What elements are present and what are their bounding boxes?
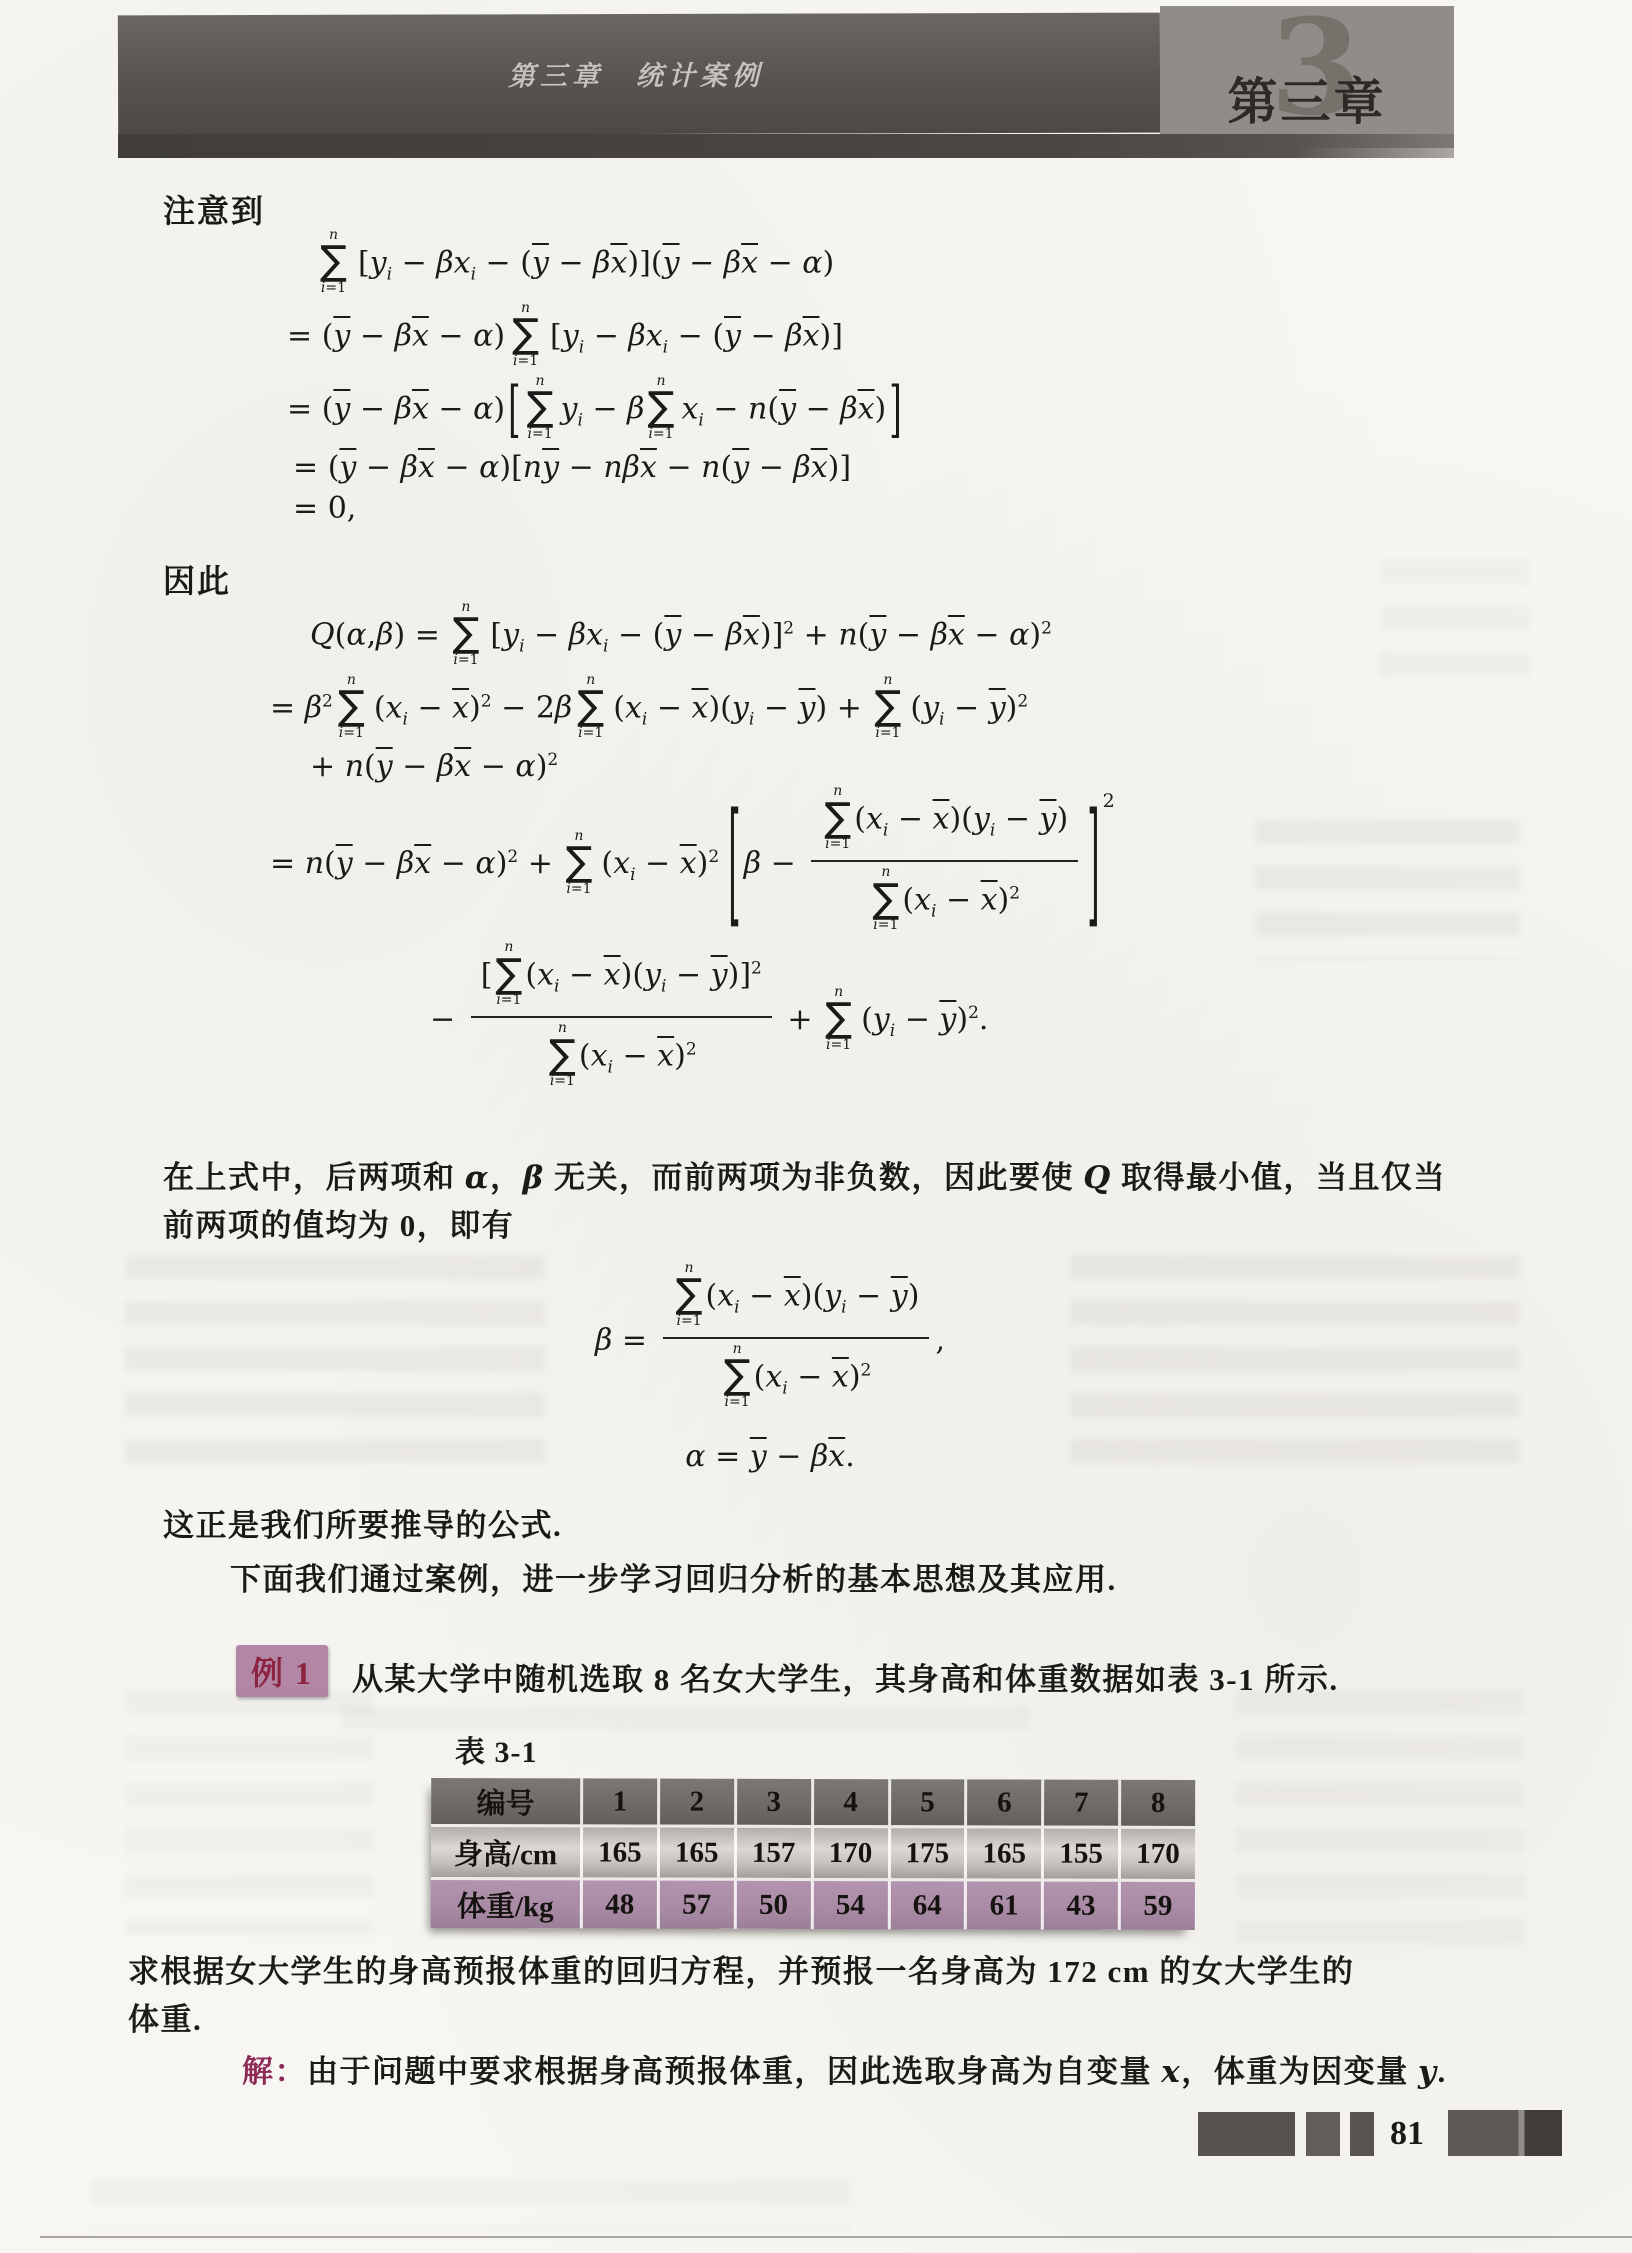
footer-bar-1 — [1198, 2112, 1295, 2156]
math-line: Q(α,β) = n∑i=1[yi − βxi − (y − βx)]2 + n… — [310, 602, 1115, 671]
table-cell: 身高/cm — [431, 1827, 583, 1877]
math-line: 求根据女大学生的身高预报体重的回归方程，并预报一名身高为 172 cm 的女大学… — [128, 1953, 1523, 1992]
example-text: 从某大学中随机选取 8 名女大学生，其身高和体重数据如表 3-1 所示. — [352, 1645, 1339, 1699]
summation-symbol: n∑i=1 — [676, 1260, 703, 1329]
summation-symbol: n∑i=1 — [338, 672, 365, 741]
table-cell: 体重/kg — [431, 1880, 583, 1928]
chapter-header-band: 第三章 统计案例 3 第三章 — [118, 6, 1454, 160]
table-row: 体重/kg4857505464614359 — [431, 1880, 1195, 1930]
showthrough-smudge — [1235, 1690, 1525, 1950]
table-cell: 61 — [967, 1881, 1044, 1929]
conclusion-line: 这正是我们所要推导的公式. — [163, 1500, 562, 1545]
table-cell: 175 — [890, 1828, 967, 1878]
transition-line: 下面我们通过案例，进一步学习回归分析的基本思想及其应用. — [230, 1554, 1117, 1599]
table-header-row: 编号12345678 — [431, 1778, 1195, 1829]
math-line: α = y − βx. — [685, 1438, 855, 1476]
table-cell: 7 — [1044, 1780, 1121, 1826]
math-line: = (y − βx − α)n∑i=1[yi − βxi − (y − βx)] — [287, 303, 905, 372]
math-line: β = n∑i=1(xi − x)(yi − y)n∑i=1(xi − x)2, — [595, 1266, 945, 1418]
data-table: 编号12345678身高/cm165165157170175165155170体… — [431, 1778, 1195, 1930]
table-cell: 3 — [737, 1779, 814, 1825]
showthrough-smudge — [90, 2180, 850, 2230]
table-cell: 4 — [814, 1779, 891, 1825]
header-bottom-strip — [118, 134, 1454, 158]
note-label: 注意到 — [163, 186, 265, 232]
table-cell: 48 — [583, 1880, 660, 1928]
derivation-block-2: Q(α,β) = n∑i=1[yi − βxi − (y − βx)]2 + n… — [270, 598, 1115, 1101]
summation-symbol: n∑i=1 — [452, 599, 479, 668]
table-cell: 57 — [660, 1881, 737, 1929]
summation-symbol: n∑i=1 — [320, 227, 347, 296]
derivation-block-1: n∑i=1[yi − βxi − (y − βx)](y − βx − α)= … — [287, 226, 905, 532]
hence-label: 因此 — [163, 556, 231, 602]
footer-bar-2 — [1306, 2112, 1340, 2156]
table-cell: 170 — [1121, 1829, 1195, 1879]
summation-symbol: n∑i=1 — [565, 828, 592, 897]
table-cell: 5 — [891, 1779, 968, 1825]
showthrough-smudge — [1380, 560, 1530, 680]
example-row: 例 1 从某大学中随机选取 8 名女大学生，其身高和体重数据如表 3-1 所示. — [236, 1645, 1339, 1699]
chapter-title: 第三章 — [1228, 62, 1387, 134]
table-cell: 2 — [660, 1779, 737, 1825]
table-cell: 54 — [813, 1881, 890, 1929]
math-line: + n(y − βx − α)2 — [310, 748, 1115, 786]
table-cell: 165 — [967, 1828, 1044, 1878]
summation-symbol: n∑i=1 — [577, 672, 604, 741]
fraction: n∑i=1(xi − x)(yi − y)n∑i=1(xi − x)2 — [811, 784, 1078, 936]
summation-symbol: n∑i=1 — [549, 1020, 576, 1089]
summation-symbol: n∑i=1 — [527, 373, 554, 442]
summation-symbol: n∑i=1 — [874, 672, 901, 741]
page-number: 81 — [1390, 2112, 1424, 2156]
math-line: = (y − βx − α)[ny − nβx − n(y − βx)] — [293, 449, 905, 487]
summation-symbol: n∑i=1 — [872, 864, 899, 933]
table-cell: 165 — [583, 1827, 660, 1877]
footer-bar-4 — [1448, 2110, 1562, 2156]
table-cell: 50 — [737, 1881, 814, 1929]
math-line: = β2n∑i=1(xi − x)2 − 2βn∑i=1(xi − x)(yi … — [270, 675, 1115, 744]
summation-symbol: n∑i=1 — [824, 783, 851, 852]
showthrough-smudge — [1255, 820, 1520, 960]
table-cell: 8 — [1121, 1780, 1195, 1826]
table-row: 身高/cm165165157170175165155170 — [431, 1827, 1195, 1882]
showthrough-smudge — [125, 1690, 375, 1935]
math-line: − [n∑i=1(xi − x)(yi − y)]2n∑i=1(xi − x)2… — [430, 945, 1115, 1097]
table-cell: 170 — [814, 1828, 891, 1878]
summation-symbol: n∑i=1 — [495, 939, 522, 1008]
fraction: n∑i=1(xi − x)(yi − y)n∑i=1(xi − x)2 — [663, 1261, 930, 1413]
showthrough-smudge — [340, 1706, 1030, 1736]
header-dark-bar: 第三章 统计案例 — [118, 13, 1160, 136]
math-line: = (y − βx − α)[n∑i=1yi − βn∑i=1xi − n(y … — [287, 376, 905, 445]
minimization-paragraph: 在上式中，后两项和 α，β 无关，而前两项为非负数，因此要使 Q 取得最小值，当… — [163, 1150, 1523, 1255]
fraction: [n∑i=1(xi − x)(yi − y)]2n∑i=1(xi − x)2 — [471, 940, 772, 1092]
bottom-scan-line — [40, 2236, 1632, 2238]
table-cell: 59 — [1121, 1882, 1195, 1930]
math-line: 由于问题中要求根据身高预报体重，因此选取身高为自变量 x，体重为因变量 y. — [307, 2054, 1447, 2089]
solution-text: 由于问题中要求根据身高预报体重，因此选取身高为自变量 x，体重为因变量 y. — [307, 2054, 1447, 2089]
textbook-page: 第三章 统计案例 3 第三章 注意到 n∑i=1[yi − βxi − (y −… — [0, 0, 1632, 2253]
solution-line: 解：由于问题中要求根据身高预报体重，因此选取身高为自变量 x，体重为因变量 y. — [242, 2046, 1447, 2092]
math-line: 在上式中，后两项和 α，β 无关，而前两项为非负数，因此要使 Q 取得最小值，当… — [163, 1159, 1523, 1198]
question-paragraph: 求根据女大学生的身高预报体重的回归方程，并预报一名身高为 172 cm 的女大学… — [128, 1944, 1523, 2049]
running-head: 第三章 统计案例 — [508, 54, 764, 94]
math-line: n∑i=1[yi − βxi − (y − βx)](y − βx − α) — [317, 230, 905, 299]
solution-label: 解： — [242, 2054, 307, 2089]
showthrough-smudge — [125, 1255, 545, 1470]
math-line: = 0, — [293, 490, 905, 528]
table-cell: 165 — [660, 1828, 737, 1878]
table-cell: 64 — [890, 1881, 967, 1929]
math-line: = n(y − βx − α)2 + n∑i=1(xi − x)2[β − n∑… — [270, 789, 1115, 941]
summation-symbol: n∑i=1 — [825, 984, 852, 1053]
table-cell: 编号 — [431, 1778, 583, 1824]
table-cell: 157 — [737, 1828, 814, 1878]
chapter-tab: 3 第三章 — [1160, 6, 1454, 148]
table-cell: 1 — [583, 1778, 660, 1824]
summation-symbol: n∑i=1 — [512, 300, 539, 369]
footer-bar-3 — [1350, 2112, 1374, 2156]
showthrough-smudge — [1070, 1255, 1520, 1485]
summation-symbol: n∑i=1 — [724, 1341, 751, 1410]
math-line: 前两项的值均为 0，即有 — [163, 1207, 1523, 1246]
table-cell: 155 — [1044, 1829, 1121, 1879]
table-cell: 43 — [1044, 1882, 1121, 1930]
math-line: 体重. — [128, 2001, 1523, 2040]
table-cell: 6 — [967, 1779, 1044, 1825]
summation-symbol: n∑i=1 — [647, 373, 674, 442]
